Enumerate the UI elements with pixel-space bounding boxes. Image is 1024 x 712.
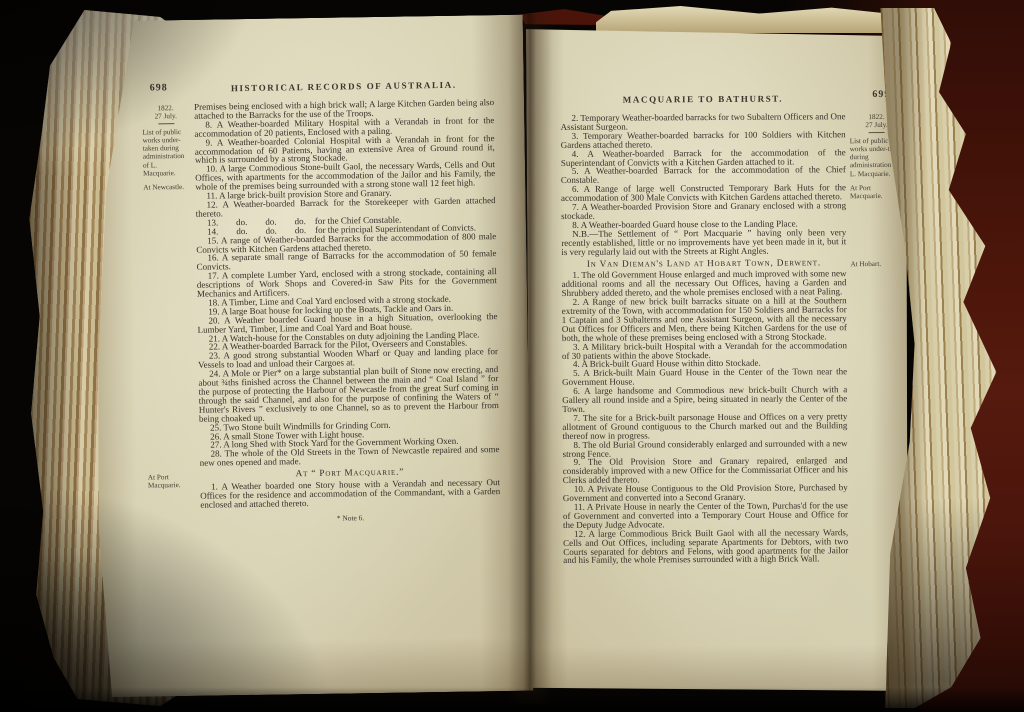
text-block: 9. The Old Provision Store and Granary r… xyxy=(563,457,848,485)
torn-page-scrap xyxy=(596,6,898,33)
margin-note: List of public works under-taken during … xyxy=(142,127,190,178)
text-block: 6. A large handsome and Commodious new b… xyxy=(562,385,847,413)
text-block: 3. A Military brick-built Hospital with … xyxy=(562,341,847,361)
section-heading: In Van Dieman's Land at Hobart Town, Der… xyxy=(561,259,846,270)
running-header-left: HISTORICAL RECORDS OF AUSTRALIA. xyxy=(194,79,494,94)
margin-notes: At Hobart. xyxy=(850,259,904,274)
paragraph: 24. A Mole or Pier* on a large substanti… xyxy=(198,365,499,423)
margin-notes: At Port Macquarie. xyxy=(148,473,195,496)
paragraph: 7. A Weather-boarded Provision Store and… xyxy=(561,201,846,221)
paragraph: 2. A Range of new brick built barracks s… xyxy=(562,296,847,342)
text-block: 12. A large Commodious Brick Built Gaol … xyxy=(563,528,848,565)
left-page: 698 HISTORICAL RECORDS OF AUSTRALIA. Pre… xyxy=(91,15,534,698)
book-photograph: 698 HISTORICAL RECORDS OF AUSTRALIA. Pre… xyxy=(0,0,1024,712)
margin-note: At Port Macquarie. xyxy=(148,473,195,490)
margin-notes: 1822. 27 July.List of public works under… xyxy=(142,104,190,198)
paragraph: 9. The Old Provision Store and Granary r… xyxy=(563,457,848,485)
margin-note: 1822. 27 July. xyxy=(142,104,189,124)
text-block: 7. A Weather-boarded Provision Store and… xyxy=(561,201,846,221)
text-block: 1. The old Government House enlarged and… xyxy=(561,270,846,298)
text-block: In Van Dieman's Land at Hobart Town, Der… xyxy=(561,259,846,270)
right-page: 699 MACQUARIE TO BATHURST. 2. Temporary … xyxy=(526,23,910,693)
text-block: 2. A Range of new brick built barracks s… xyxy=(562,296,847,342)
paragraph: 7. The site for a Brick-built parsonage … xyxy=(562,412,847,440)
right-page-text: 2. Temporary Weather-boarded barracks fo… xyxy=(527,112,910,566)
paragraph: 6. A large handsome and Commodious new b… xyxy=(562,385,847,413)
page-number-left: 698 xyxy=(150,82,168,93)
margin-note: At Hobart. xyxy=(850,259,904,268)
paragraph: 12. A large Commodious Brick Built Gaol … xyxy=(563,528,848,565)
margin-note: At Newcastle. xyxy=(143,183,190,192)
text-block: 1. A Weather boarded one Story house wit… xyxy=(200,478,500,509)
paragraph: 11. A Private House in nearly the Center… xyxy=(563,501,848,529)
running-header-right: MACQUARIE TO BATHURST. xyxy=(560,93,845,105)
text-block: 28. The whole of the Old Streets in the … xyxy=(199,445,499,468)
paragraph: N.B.—The Settlement of “ Port Macquarie … xyxy=(561,228,846,256)
left-page-text: Premises being enclosed with a high bric… xyxy=(92,98,531,527)
torn-spine-scrap xyxy=(520,9,608,25)
text-block: 11. A Private House in nearly the Center… xyxy=(563,501,848,529)
paragraph: 3. A Military brick-built Hospital with … xyxy=(562,341,847,361)
paragraph: 1. A Weather boarded one Story house wit… xyxy=(200,478,500,509)
footnote: * Note 6. xyxy=(201,512,501,526)
text-block: 7. The site for a Brick-built parsonage … xyxy=(562,412,847,440)
paragraph: 28. The whole of the Old Streets in the … xyxy=(199,445,499,468)
text-block: 24. A Mole or Pier* on a large substanti… xyxy=(198,365,499,423)
paragraph: 1. The old Government House enlarged and… xyxy=(561,270,846,298)
text-block: N.B.—The Settlement of “ Port Macquarie … xyxy=(561,228,846,256)
